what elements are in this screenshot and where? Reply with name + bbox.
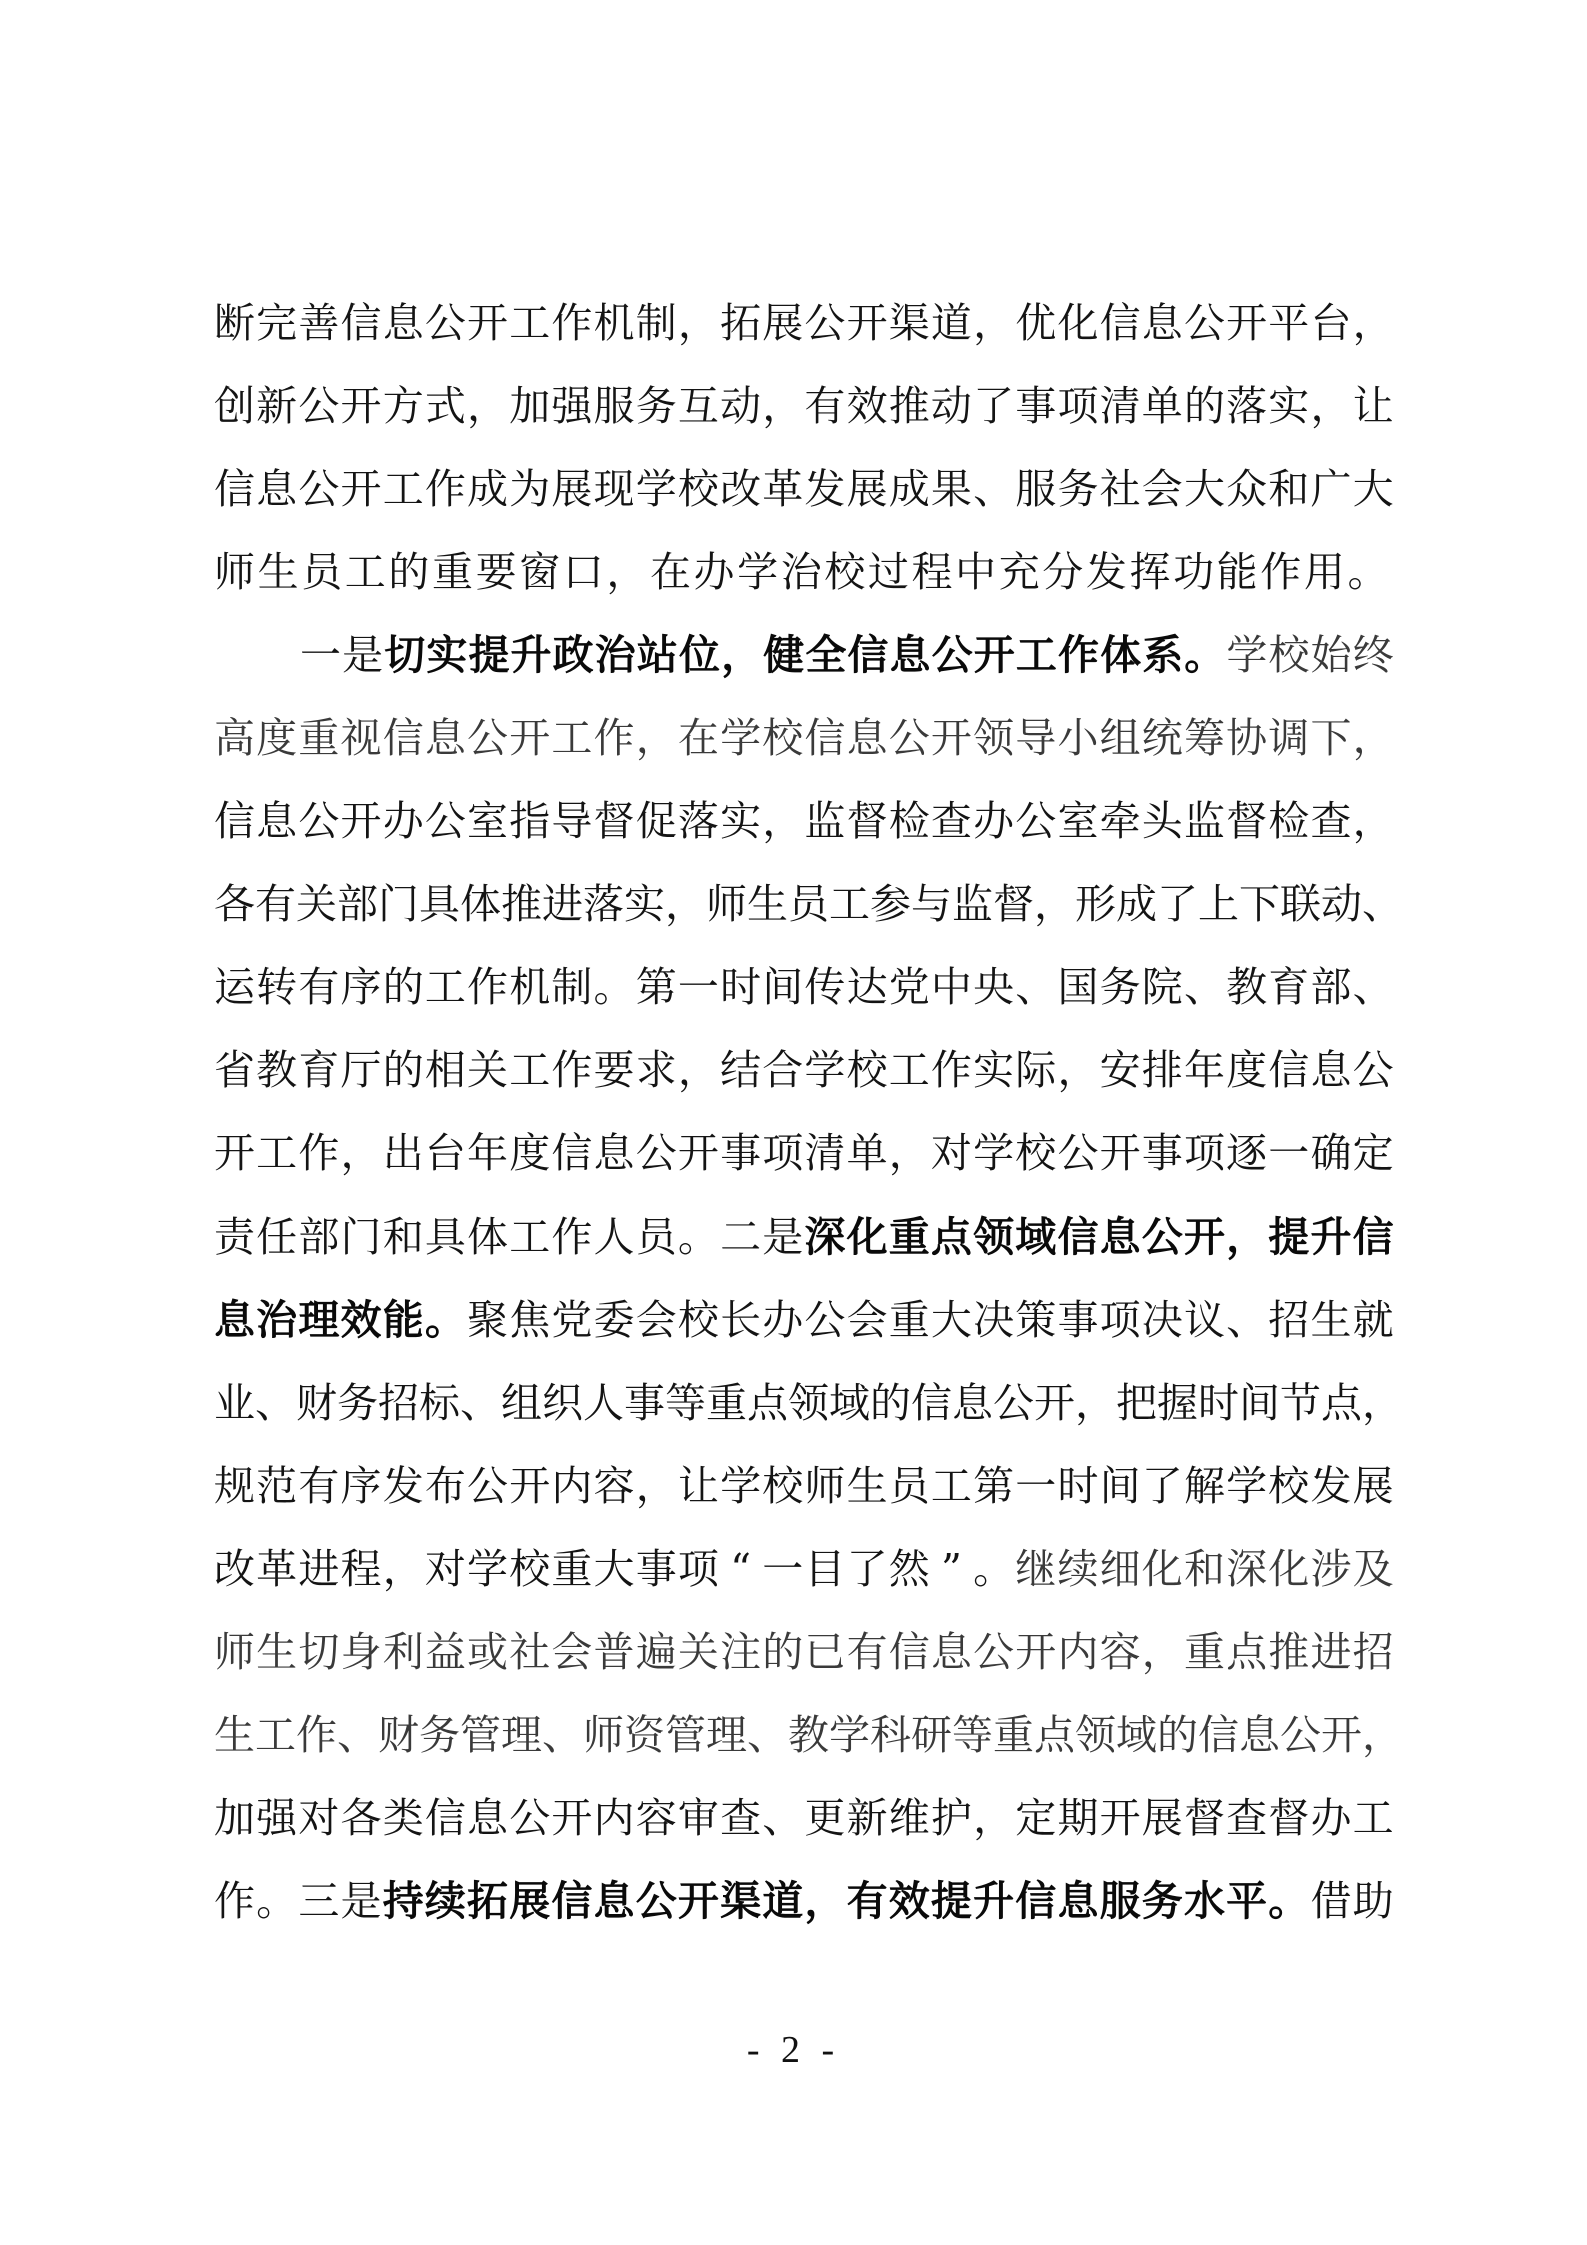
bold-heading-char: 站 xyxy=(637,624,678,686)
text-char: 、 xyxy=(762,1787,803,1849)
bold-heading-char: 服 xyxy=(1100,1870,1141,1932)
text-char: 作 xyxy=(551,292,592,354)
text-char: 重 xyxy=(1184,1621,1225,1683)
text-char: 传 xyxy=(804,956,845,1018)
text-char: 口 xyxy=(563,541,604,603)
text-char: 社 xyxy=(1100,458,1141,520)
bold-heading-char: 公 xyxy=(932,624,973,686)
text-char: ， xyxy=(665,873,706,935)
text-char: 作 xyxy=(425,458,466,520)
text-char: 具 xyxy=(425,1206,466,1268)
text-char: 了 xyxy=(1157,873,1198,935)
text-char: 重 xyxy=(551,1538,592,1600)
text-char: ， xyxy=(1362,1372,1403,1434)
text-char: 生 xyxy=(256,1621,297,1683)
text-char: 生 xyxy=(1310,1289,1351,1351)
text-line: 业、财务招标、组织人事等重点领域的信息公开，把握时间节点， xyxy=(214,1372,1394,1455)
text-char: 革 xyxy=(256,1538,297,1600)
bold-heading-char: 平 xyxy=(1226,1870,1267,1932)
text-line: 开工作，出台年度信息公开事项清单，对学校公开事项逐一确定 xyxy=(214,1122,1394,1205)
bold-heading-char: ， xyxy=(1226,1206,1267,1268)
text-char: 有 xyxy=(298,956,339,1018)
text-char: 际 xyxy=(1015,1039,1056,1101)
text-char: 师 xyxy=(214,1621,255,1683)
bold-heading-char: 拓 xyxy=(467,1870,508,1932)
text-char: 学 xyxy=(1226,624,1267,686)
text-char: 已 xyxy=(804,1621,845,1683)
text-char: 财 xyxy=(378,1704,419,1766)
text-char: 一 xyxy=(678,956,719,1018)
text-char: 内 xyxy=(1057,1621,1098,1683)
text-char: “ xyxy=(720,1538,761,1600)
text-char: 、 xyxy=(1184,956,1225,1018)
text-char: 教 xyxy=(1226,956,1267,1018)
bold-heading-char: 升 xyxy=(973,1870,1014,1932)
text-char: 三 xyxy=(298,1870,339,1932)
text-char: 办 xyxy=(383,790,424,852)
text-char: 在 xyxy=(650,541,691,603)
text-char: 务 xyxy=(636,375,677,437)
text-char: 发 xyxy=(804,458,845,520)
text-char: 定 xyxy=(1015,1787,1056,1849)
text-char: 标 xyxy=(419,1372,460,1434)
text-char: 监 xyxy=(952,873,993,935)
text-char: 督 xyxy=(1184,1787,1225,1849)
text-char: 众 xyxy=(1226,458,1267,520)
text-char: 校 xyxy=(678,1289,719,1351)
text-char: 开 xyxy=(509,707,550,769)
text-char: 任 xyxy=(256,1206,297,1268)
text-char: 查 xyxy=(1226,1787,1267,1849)
text-char: 体 xyxy=(467,1206,508,1268)
text-char: 的 xyxy=(870,1372,911,1434)
text-line: 一是切实提升政治站位，健全信息公开工作体系。学校始终 xyxy=(214,624,1394,707)
text-char: 招 xyxy=(378,1372,419,1434)
text-char: 有 xyxy=(255,873,296,935)
text-char: 排 xyxy=(1142,1039,1183,1101)
text-line: 信息公开办公室指导督促落实，监督检查办公室牵头监督检查， xyxy=(214,790,1394,873)
text-char: 能 xyxy=(1217,541,1258,603)
text-char: 生 xyxy=(747,873,788,935)
text-char: 学 xyxy=(829,1704,870,1766)
text-char: 检 xyxy=(889,790,930,852)
text-char: 展 xyxy=(551,458,592,520)
text-char: 长 xyxy=(720,1289,761,1351)
text-char: 化 xyxy=(1268,1538,1309,1600)
text-char: 动 xyxy=(931,375,972,437)
text-char: 助 xyxy=(1353,1870,1394,1932)
text-char: 大 xyxy=(594,1538,635,1600)
text-line: 加强对各类信息公开内容审查、更新维护，定期开展督查督办工 xyxy=(214,1787,1394,1870)
text-char: ， xyxy=(1353,790,1394,852)
text-char: ， xyxy=(973,1787,1014,1849)
text-char: 制 xyxy=(636,292,677,354)
text-char: 开 xyxy=(467,292,508,354)
text-char: 门 xyxy=(341,1206,382,1268)
text-char: 动 xyxy=(1321,873,1362,935)
text-char: 委 xyxy=(594,1289,635,1351)
bold-heading-char: 开 xyxy=(1184,1206,1225,1268)
text-char: 育 xyxy=(1268,956,1309,1018)
text-char: 作 xyxy=(931,1039,972,1101)
text-char: 内 xyxy=(551,1455,592,1517)
text-char: 发 xyxy=(383,1455,424,1517)
bold-heading-char: 开 xyxy=(678,1870,719,1932)
text-char: 借 xyxy=(1310,1870,1351,1932)
text-char: 运 xyxy=(214,956,255,1018)
text-char: 规 xyxy=(214,1455,255,1517)
text-char: 作 xyxy=(214,1870,255,1932)
text-char: 息 xyxy=(1239,1704,1280,1766)
text-char: ， xyxy=(1310,375,1351,437)
text-char: 息 xyxy=(594,1122,635,1184)
text-char: 关 xyxy=(296,873,337,935)
text-char: 落 xyxy=(583,873,624,935)
text-char: 始 xyxy=(1311,624,1352,686)
text-char: 事 xyxy=(1057,1289,1098,1351)
text-char: 学 xyxy=(1226,1455,1267,1517)
text-char: 序 xyxy=(341,956,382,1018)
text-char: 学 xyxy=(467,1538,508,1600)
text-char: 作 xyxy=(594,707,635,769)
text-char: 员 xyxy=(788,873,829,935)
bold-heading-char: ， xyxy=(804,1870,845,1932)
text-char: 、 xyxy=(542,1704,583,1766)
bold-heading-char: 切 xyxy=(384,624,425,686)
text-char: 校 xyxy=(509,1538,550,1600)
text-char: 让 xyxy=(1353,375,1394,437)
text-char: 把 xyxy=(1116,1372,1157,1434)
text-char: 组 xyxy=(1100,707,1141,769)
text-char: 。 xyxy=(594,956,635,1018)
text-char: 、 xyxy=(1015,956,1056,1018)
text-char: 程 xyxy=(912,541,953,603)
bold-heading-char: 息 xyxy=(1057,1870,1098,1932)
text-char: ， xyxy=(762,375,803,437)
text-char: 校 xyxy=(762,1455,803,1517)
text-char: 门 xyxy=(378,873,419,935)
text-char: 工 xyxy=(829,873,870,935)
text-char: 管 xyxy=(665,1704,706,1766)
text-char: 开 xyxy=(931,707,972,769)
text-char: 学 xyxy=(720,1455,761,1517)
text-char: 开 xyxy=(341,790,382,852)
text-char: 上 xyxy=(1198,873,1239,935)
text-char: 成 xyxy=(1116,873,1157,935)
text-char: 息 xyxy=(1142,292,1183,354)
text-char: 进 xyxy=(542,873,583,935)
text-char: 开 xyxy=(1226,292,1267,354)
text-char: 织 xyxy=(542,1372,583,1434)
text-char: 项 xyxy=(1184,1122,1225,1184)
text-char: 推 xyxy=(889,375,930,437)
text-char: 善 xyxy=(298,292,339,354)
text-char: 。 xyxy=(973,1538,1014,1600)
text-char: 信 xyxy=(1100,292,1141,354)
text-char: 续 xyxy=(1057,1538,1098,1600)
text-char: 校 xyxy=(847,1039,888,1101)
text-char: 议 xyxy=(1184,1289,1225,1351)
text-char: 结 xyxy=(720,1039,761,1101)
bold-heading-char: 提 xyxy=(931,1870,972,1932)
bold-heading-char: 展 xyxy=(509,1870,550,1932)
text-char: 、 xyxy=(1362,873,1403,935)
text-char: 普 xyxy=(594,1621,635,1683)
text-char: 关 xyxy=(678,1621,719,1683)
text-char: 公 xyxy=(425,790,466,852)
text-char: 单 xyxy=(847,1122,888,1184)
text-char: 员 xyxy=(889,1455,930,1517)
text-char: 务 xyxy=(1100,956,1141,1018)
text-char: 节 xyxy=(1280,1372,1321,1434)
text-char: 成 xyxy=(889,458,930,520)
text-char: 室 xyxy=(1057,790,1098,852)
text-char: ， xyxy=(1057,1039,1098,1101)
text-char: 加 xyxy=(509,375,550,437)
text-line: 省教育厅的相关工作要求，结合学校工作实际，安排年度信息公 xyxy=(214,1039,1394,1122)
bold-heading-char: 有 xyxy=(847,1870,888,1932)
text-char: 完 xyxy=(256,292,297,354)
text-char: 工 xyxy=(509,292,550,354)
text-char: 展 xyxy=(1142,1787,1183,1849)
text-char: 作 xyxy=(551,1206,592,1268)
text-char: 实 xyxy=(720,790,761,852)
text-char: 的 xyxy=(383,956,424,1018)
text-char: 推 xyxy=(501,873,542,935)
text-char: 要 xyxy=(476,541,517,603)
text-char: 窗 xyxy=(519,541,560,603)
text-char: 公 xyxy=(298,375,339,437)
text-char: 校 xyxy=(762,707,803,769)
text-char: 开 xyxy=(1321,1704,1362,1766)
text-char: 涉 xyxy=(1310,1538,1351,1600)
bold-heading-char: 体 xyxy=(1100,624,1141,686)
text-char: 指 xyxy=(509,790,550,852)
text-char: 利 xyxy=(383,1621,424,1683)
text-char: 解 xyxy=(1184,1455,1225,1517)
text-char: 调 xyxy=(1268,707,1309,769)
text-char: 师 xyxy=(583,1704,624,1766)
text-char: 制 xyxy=(551,956,592,1018)
text-char: 目 xyxy=(804,1538,845,1600)
text-char: 室 xyxy=(467,790,508,852)
text-char: 工 xyxy=(889,1039,930,1101)
text-char: 深 xyxy=(1226,1538,1267,1600)
text-char: 效 xyxy=(847,375,888,437)
text-char: 程 xyxy=(341,1538,382,1600)
text-char: ， xyxy=(636,707,677,769)
text-char: 分 xyxy=(1042,541,1083,603)
text-char: 校 xyxy=(824,541,865,603)
text-char: 实 xyxy=(973,1039,1014,1101)
bold-heading-char: 息 xyxy=(890,624,931,686)
text-char: 了 xyxy=(1142,1455,1183,1517)
bold-heading-char: 。 xyxy=(1268,1870,1309,1932)
text-char: 信 xyxy=(341,292,382,354)
text-char: 公 xyxy=(467,1455,508,1517)
text-char: ， xyxy=(606,541,647,603)
text-char: ， xyxy=(678,292,719,354)
text-char: 台 xyxy=(425,1122,466,1184)
text-char: 展 xyxy=(1353,1455,1394,1517)
bold-heading-char: 效 xyxy=(341,1289,382,1351)
text-line: 断完善信息公开工作机制，拓展公开渠道，优化信息公开平台， xyxy=(214,292,1394,375)
text-char: 、 xyxy=(1353,956,1394,1018)
text-char: 强 xyxy=(551,375,592,437)
text-char: 度 xyxy=(256,707,297,769)
text-char: 开 xyxy=(678,1122,719,1184)
text-char: 等 xyxy=(665,1372,706,1434)
text-line: 师生切身利益或社会普遍关注的已有信息公开内容，重点推进招 xyxy=(214,1621,1394,1704)
text-char: 大 xyxy=(931,1289,972,1351)
text-char: 开 xyxy=(509,1455,550,1517)
text-char: 协 xyxy=(1226,707,1267,769)
text-char: 会 xyxy=(1142,458,1183,520)
text-char: 拓 xyxy=(720,292,761,354)
text-char: 公 xyxy=(973,1621,1014,1683)
text-char: 间 xyxy=(1239,1372,1280,1434)
text-char: 重 xyxy=(298,707,339,769)
text-char: 的 xyxy=(388,541,429,603)
text-char: 息 xyxy=(952,1372,993,1434)
bold-heading-char: 提 xyxy=(468,624,509,686)
text-char: 开 xyxy=(551,1787,592,1849)
text-char: 部 xyxy=(1310,956,1351,1018)
text-char: 点 xyxy=(1321,1372,1362,1434)
text-char: 发 xyxy=(1086,541,1127,603)
text-char: 办 xyxy=(1310,1787,1351,1849)
text-char: 员 xyxy=(636,1206,677,1268)
text-char: 科 xyxy=(870,1704,911,1766)
text-line: 师生员工的重要窗口，在办学治校过程中充分发挥功能作用。 xyxy=(214,541,1394,624)
text-line: 创新公开方式，加强服务互动，有效推动了事项清单的落实，让 xyxy=(214,375,1394,458)
bold-heading-char: 实 xyxy=(426,624,467,686)
text-char: 、 xyxy=(973,458,1014,520)
text-char: 达 xyxy=(847,956,888,1018)
text-char: 息 xyxy=(847,707,888,769)
text-char: 领 xyxy=(1075,1704,1116,1766)
page-number: - 2 - xyxy=(0,2028,1587,2072)
text-char: 人 xyxy=(583,1372,624,1434)
text-char: 确 xyxy=(1310,1122,1351,1184)
text-char: 化 xyxy=(1142,1538,1183,1600)
text-char: 重 xyxy=(432,541,473,603)
text-char: 师 xyxy=(804,1455,845,1517)
bold-heading-char: 工 xyxy=(1016,624,1057,686)
text-char: 联 xyxy=(1280,873,1321,935)
bold-heading-char: 深 xyxy=(804,1206,845,1268)
text-char: 工 xyxy=(509,1039,550,1101)
text-char: 工 xyxy=(551,707,592,769)
text-char: 筹 xyxy=(1184,707,1225,769)
text-char: 息 xyxy=(256,458,297,520)
text-char: 督 xyxy=(847,790,888,852)
bold-heading-char: 持 xyxy=(383,1870,424,1932)
text-char: 事 xyxy=(1142,1122,1183,1184)
text-char: 开 xyxy=(1100,1787,1141,1849)
text-char: 聚 xyxy=(467,1289,508,1351)
text-char: 重 xyxy=(706,1372,747,1434)
text-char: 理 xyxy=(501,1704,542,1766)
bold-heading-char: 提 xyxy=(1268,1206,1309,1268)
text-char: 内 xyxy=(594,1787,635,1849)
text-char: 高 xyxy=(214,707,255,769)
text-char: 项 xyxy=(1100,1289,1141,1351)
bold-heading-char: 能 xyxy=(383,1289,424,1351)
text-line: 各有关部门具体推进落实，师生员工参与监督，形成了上下联动、 xyxy=(214,873,1394,956)
text-char: 重 xyxy=(993,1704,1034,1766)
text-char: 在 xyxy=(678,707,719,769)
text-char: 逐 xyxy=(1226,1122,1267,1184)
text-char: 师 xyxy=(706,873,747,935)
text-char: 形 xyxy=(1075,873,1116,935)
text-char: 发 xyxy=(1310,1455,1351,1517)
text-char: 作 xyxy=(1260,541,1301,603)
text-char: 容 xyxy=(1100,1621,1141,1683)
text-char: 细 xyxy=(1100,1538,1141,1600)
text-char: 布 xyxy=(425,1455,466,1517)
text-char: 服 xyxy=(594,375,635,437)
text-char: 学 xyxy=(973,1122,1014,1184)
bold-heading-char: 重 xyxy=(889,1206,930,1268)
bold-heading-char: 作 xyxy=(1058,624,1099,686)
text-char: 时 xyxy=(1198,1372,1239,1434)
text-char: 间 xyxy=(762,956,803,1018)
text-char: 办 xyxy=(762,1289,803,1351)
text-char: 一 xyxy=(762,1538,803,1600)
text-char: 期 xyxy=(1057,1787,1098,1849)
text-char: 公 xyxy=(467,707,508,769)
text-char: 党 xyxy=(551,1289,592,1351)
text-char: 的 xyxy=(762,1621,803,1683)
bold-heading-char: 化 xyxy=(847,1206,888,1268)
text-char: 注 xyxy=(720,1621,761,1683)
text-char: 教 xyxy=(788,1704,829,1766)
bold-heading-char: 息 xyxy=(214,1289,255,1351)
text-char: 是 xyxy=(762,1206,803,1268)
text-char: 功 xyxy=(1173,541,1214,603)
text-char: 落 xyxy=(1226,375,1267,437)
text-char: 时 xyxy=(1057,1455,1098,1517)
text-char: 挥 xyxy=(1129,541,1170,603)
text-char: 用 xyxy=(1304,541,1345,603)
text-char: 信 xyxy=(889,1621,930,1683)
text-char: 身 xyxy=(341,1621,382,1683)
text-char: 生 xyxy=(258,541,299,603)
text-char: 点 xyxy=(747,1372,788,1434)
text-char: 开 xyxy=(847,292,888,354)
text-char: 公 xyxy=(298,790,339,852)
bold-heading-char: 政 xyxy=(553,624,594,686)
text-char: 作 xyxy=(296,1704,337,1766)
bold-heading-char: 信 xyxy=(1015,1870,1056,1932)
text-char: 组 xyxy=(501,1372,542,1434)
bold-heading-char: 信 xyxy=(551,1870,592,1932)
text-char: 遍 xyxy=(636,1621,677,1683)
text-char: 点 xyxy=(1226,1621,1267,1683)
text-char: 出 xyxy=(383,1122,424,1184)
text-char: 查 xyxy=(1310,790,1351,852)
text-char: 维 xyxy=(889,1787,930,1849)
bold-heading-char: 公 xyxy=(636,1870,677,1932)
text-char: 校 xyxy=(1269,624,1310,686)
text-char: 决 xyxy=(1142,1289,1183,1351)
text-char: 充 xyxy=(999,541,1040,603)
text-char: 教 xyxy=(256,1039,297,1101)
text-char: 合 xyxy=(762,1039,803,1101)
text-char: 各 xyxy=(341,1787,382,1849)
text-char: 导 xyxy=(1015,707,1056,769)
